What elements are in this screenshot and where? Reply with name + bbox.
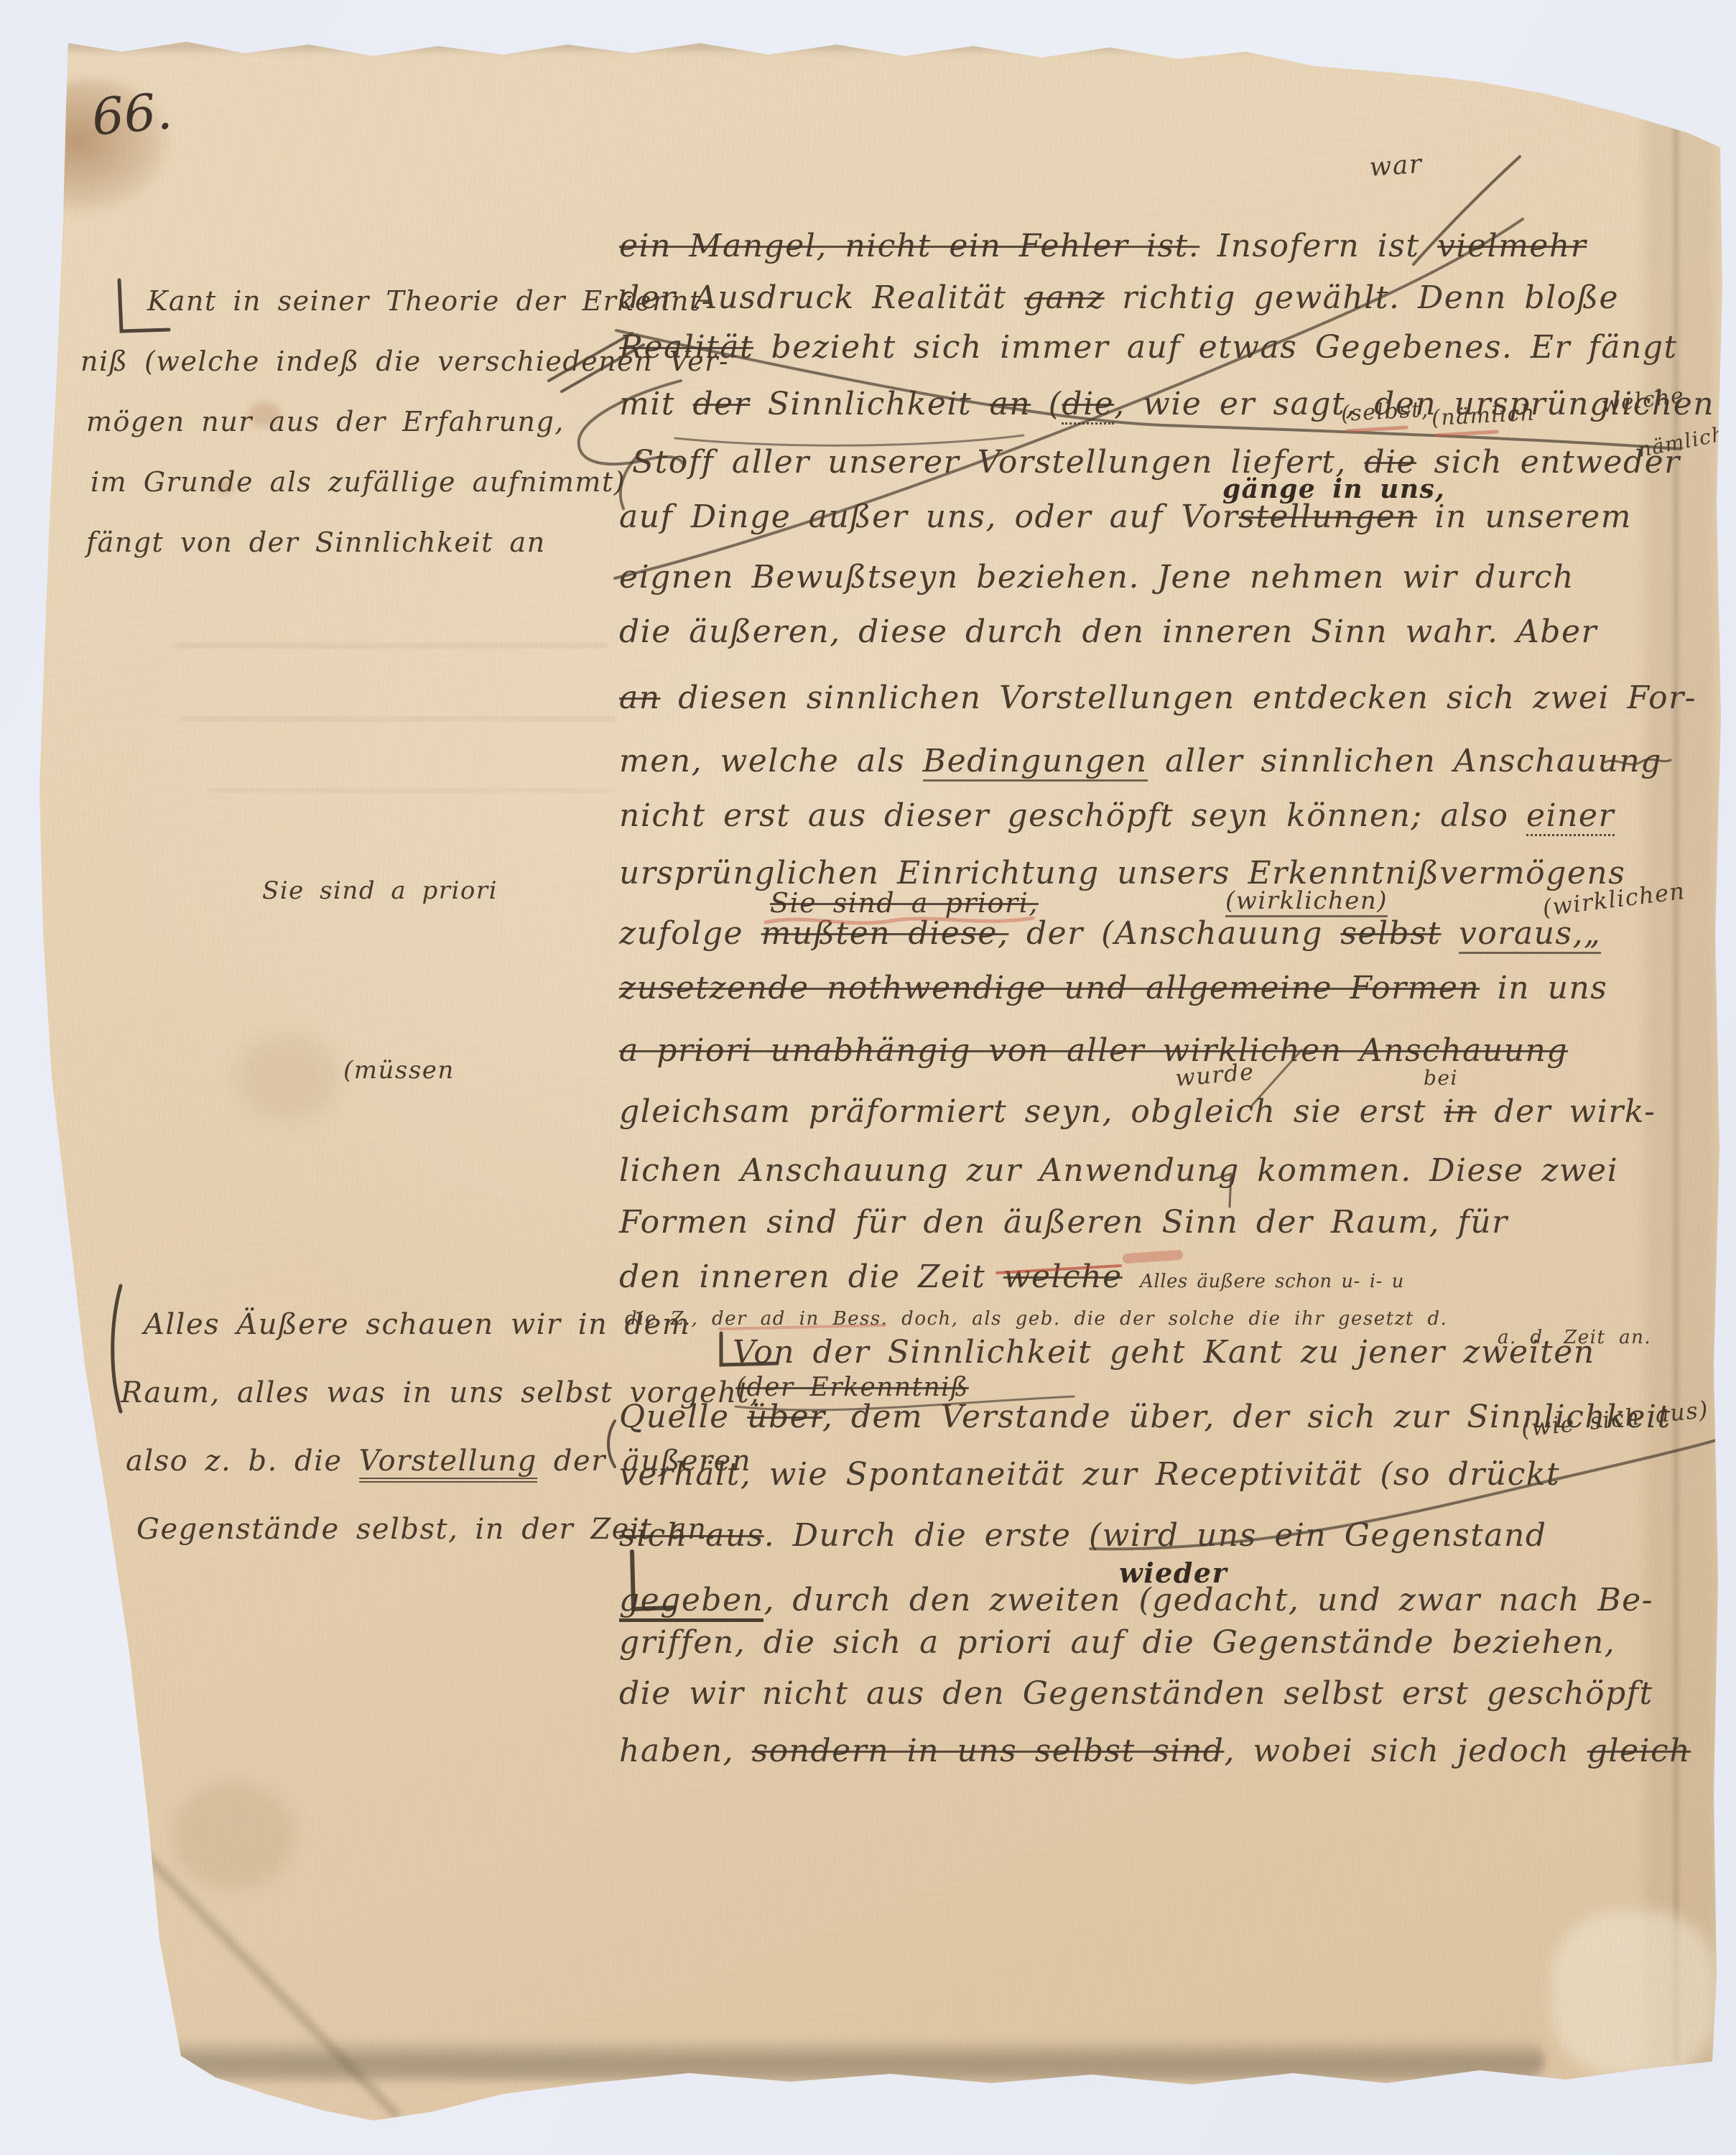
manuscript-line: Formen sind für den äußeren Sinn der Rau… (619, 1205, 1508, 1240)
manuscript-line: zufolge mußten diese, der (Anschauung se… (619, 917, 1601, 951)
crossout-x-stroke-down (616, 330, 1681, 449)
ghost-bleedthrough-1 (180, 644, 603, 648)
insertion-slash-wurde (1251, 1050, 1301, 1106)
manuscript-line: auf Dinge außer uns, oder auf Vorstellun… (619, 500, 1632, 534)
red-underline-naemlich (1436, 432, 1497, 435)
text-segment: nicht ein Fehler ist. (827, 228, 1199, 264)
text-segment: auf Dinge außer uns, oder auf Vor (619, 499, 1238, 535)
text-segment: war (1368, 149, 1424, 182)
text-segment: Kant in seiner Theorie der Erkennt- (147, 285, 712, 317)
margin-note-line: fängt von der Sinnlichkeit an (86, 528, 546, 558)
text-segment: , durch den zweiten (gedacht, und zwar n… (763, 1582, 1653, 1618)
text-segment: an (990, 386, 1031, 422)
text-segment: der (692, 386, 750, 422)
text-segment: Vorstellung (359, 1445, 537, 1483)
insertion-war: war (1368, 150, 1424, 182)
text-segment: a priori unabhängig von aller wirklichen… (619, 1032, 1568, 1069)
scanned-manuscript: 66. Kant in seiner Theorie der Erkennt-n… (0, 0, 1736, 2155)
margin-note-line: niß (welche indeß die verschiedenen Ver- (80, 347, 729, 377)
text-segment: nämlich (1636, 422, 1727, 462)
manuscript-line: der Ausdruck Realität ganz richtig gewäh… (619, 281, 1619, 315)
margin-note-line: mögen nur aus der Erfahrung, (86, 407, 565, 437)
text-segment: in (1444, 1093, 1476, 1130)
text-segment: Alles äußere schon u- i- u (1140, 1271, 1404, 1292)
insertion-gaenge: gänge in uns, (1222, 476, 1445, 504)
smudge-bottom-edge (122, 2039, 1544, 2080)
manuscript-line: mit der Sinnlichkeit an (die, wie er sag… (619, 387, 1714, 422)
margin-insertion-wirklichen: (wirklichen (1541, 879, 1687, 921)
text-segment: bezieht sich immer auf etwas Gegebenes. … (753, 329, 1678, 366)
manuscript-line: griffen, die sich a priori auf die Gegen… (619, 1626, 1615, 1660)
manuscript-line: eignen Bewußtseyn beziehen. Jene nehmen … (619, 560, 1574, 595)
red-wavy-under-a-priori (766, 918, 1033, 923)
insertion-wirklichen: (wirklichen) (1225, 888, 1388, 914)
text-segment: die (1062, 386, 1114, 425)
text-segment: , dem Verstande über, der sich zur Sinnl… (822, 1399, 1671, 1435)
text-segment: Insofern ist (1199, 228, 1437, 264)
text-segment: nicht erst aus dieser geschöpft seyn kön… (619, 797, 1526, 834)
manuscript-line: zusetzende nothwendige und allgemeine Fo… (619, 971, 1607, 1006)
double-slash-1 (549, 333, 632, 381)
text-segment: (nämlich (1431, 400, 1536, 431)
text-segment: über (747, 1399, 822, 1435)
text-segment: gleich (1587, 1733, 1691, 1769)
text-segment: Sie sind a priori (262, 876, 498, 905)
text-segment (1123, 1259, 1141, 1295)
stray-paren-left (608, 1421, 615, 1467)
faint-smudge (237, 1034, 338, 1121)
red-strike-welche (997, 1266, 1120, 1273)
text-segment: der (Anschauung (1008, 915, 1340, 952)
text-segment: Von der Sinnlichkeit geht Kant zu jener … (733, 1334, 1595, 1371)
flourish-under-erkenntniss (735, 1396, 1074, 1410)
red-underline-tiny-line (720, 1325, 885, 1329)
manuscript-line: Quelle über, dem Verstande über, der sic… (619, 1400, 1671, 1435)
bracket-before-kant (119, 280, 169, 331)
text-segment: im Grunde als zufällige aufnimmt) (90, 466, 626, 498)
text-segment: voraus,„ (1459, 915, 1601, 954)
text-segment: (wirklichen (1541, 877, 1686, 922)
long-connector-flourish (1090, 1435, 1731, 1549)
manuscript-line: den inneren die Zeit welche Alles äußere… (619, 1260, 1404, 1294)
margin-note-line: im Grunde als zufällige aufnimmt) (90, 468, 626, 498)
margin-note-a-priori: Sie sind a priori (262, 878, 498, 904)
text-segment: stellungen (1238, 499, 1417, 535)
discolored-patch (1551, 1911, 1717, 2076)
text-segment: die äußeren, diese durch den inneren Sin… (619, 613, 1597, 650)
margin-note-line: Raum, alles was in uns selbst vorgeht, (121, 1377, 760, 1409)
page-number: 66. (90, 81, 175, 147)
fox-spot (215, 480, 234, 494)
caret-over-sinn (1212, 1174, 1231, 1207)
insertion-bei: bei (1424, 1067, 1458, 1090)
margin-note-line: Kant in seiner Theorie der Erkennt- (147, 287, 712, 317)
margin-note-muessen: (müssen (343, 1057, 455, 1084)
text-segment: den inneren die Zeit (619, 1259, 1003, 1295)
text-segment: Realität (619, 329, 753, 366)
text-segment: verhält, wie Spontaneität zur Receptivit… (619, 1456, 1560, 1493)
manuscript-line: Von der Sinnlichkeit geht Kant zu jener … (733, 1335, 1595, 1370)
margin-insertion-naemlich: nämlich (1636, 423, 1727, 462)
margin-note-line: also z. b. die Vorstellung der äußeren (126, 1445, 751, 1477)
text-segment: (selbst, (1340, 397, 1429, 427)
text-segment: die Z., der ad in Bess. doch, als geb. d… (625, 1308, 1447, 1330)
torn-edge-shadow (65, 40, 1494, 50)
text-segment: Sinnlichkeit (750, 386, 989, 422)
text-segment: diesen sinnlichen Vorstellungen entdecke… (661, 680, 1696, 716)
insertion-der-erkenntniss: (der Erkenntniß (735, 1373, 969, 1402)
text-segment: (wirklichen) (1225, 886, 1388, 917)
text-segment: gegeben (619, 1582, 763, 1622)
text-segment: einer (1526, 797, 1615, 836)
text-segment: mögen nur aus der Erfahrung, (86, 406, 565, 437)
text-segment: Sie sind a priori, (770, 887, 1039, 919)
text-segment: Formen sind für den äußeren Sinn der Rau… (619, 1204, 1508, 1241)
manuscript-line: an diesen sinnlichen Vorstellungen entde… (619, 681, 1696, 715)
crease-right-edge (1674, 93, 1679, 2062)
manuscript-line-small: die Z., der ad in Bess. doch, als geb. d… (625, 1309, 1447, 1330)
margin-note-line: Alles Äußere schauen wir in dem (144, 1309, 690, 1340)
manuscript-line: gleichsam präformiert seyn, obgleich sie… (619, 1095, 1656, 1129)
text-segment: mußten diese, (761, 915, 1009, 952)
manuscript-line: a priori unabhängig von aller wirklichen… (619, 1034, 1568, 1068)
text-segment: , wobei sich jedoch (1224, 1733, 1587, 1769)
manuscript-line: lichen Anschauung zur Anwendung kommen. … (619, 1154, 1618, 1188)
text-segment: welche (1003, 1259, 1123, 1295)
text-segment: lichen Anschauung zur Anwendung kommen. … (619, 1152, 1618, 1189)
manuscript-line: die äußeren, diese durch den inneren Sin… (619, 615, 1597, 649)
text-segment: richtig gewählt. Denn bloße (1105, 279, 1619, 316)
text-segment: a. d. Zeit an. (1498, 1327, 1651, 1348)
text-segment: selbst (1340, 915, 1441, 952)
text-segment: gänge in uns, (1222, 474, 1445, 504)
text-segment: men, welche als (619, 743, 923, 779)
manuscript-line: verhält, wie Spontaneität zur Receptivit… (619, 1457, 1560, 1492)
text-segment: sich aus (619, 1517, 764, 1554)
text-segment: vielmehr (1437, 228, 1587, 264)
text-segment: wurde (1174, 1058, 1255, 1092)
manuscript-line: ein Mangel, nicht ein Fehler ist. Insofe… (619, 229, 1587, 264)
text-segment: ganz (1024, 279, 1105, 316)
text-segment: griffen, die sich a priori auf die Gegen… (619, 1624, 1615, 1661)
fox-spot (248, 402, 281, 427)
double-slash-2 (562, 345, 644, 391)
manuscript-line: nicht erst aus dieser geschöpft seyn kön… (619, 799, 1615, 833)
text-segment: bei (1424, 1066, 1458, 1090)
text-segment: Stoff aller unserer Vorstellungen liefer… (632, 444, 1364, 481)
text-segment: der äußeren (537, 1445, 751, 1478)
text-segment: wieder (1119, 1557, 1227, 1589)
margin-s-flourish (579, 381, 684, 465)
red-underline-selbst (1347, 427, 1406, 431)
manuscript-line: men, welche als Bedingungen aller sinnli… (619, 744, 1662, 779)
text-segment: (müssen (343, 1056, 455, 1085)
squiggle-above-anschauung (1603, 759, 1671, 764)
text-segment: . Durch die erste (wird uns ein Gegensta… (764, 1517, 1547, 1554)
manuscript-line: Stoff aller unserer Vorstellungen liefer… (632, 445, 1681, 480)
bracket-close-zeit-an (632, 1552, 674, 1609)
text-segment: haben, (619, 1733, 752, 1769)
manuscript-line: sich aus. Durch die erste (wird uns ein … (619, 1519, 1546, 1553)
text-segment: in uns (1480, 970, 1607, 1006)
text-segment: in unserem (1417, 499, 1632, 535)
insertion-selbst: (selbst, (1340, 398, 1429, 426)
underline-flourish-sinnlichkeit (675, 435, 1024, 445)
text-segment: ( (1031, 386, 1062, 422)
text-segment: Alles Äußere schauen wir in dem (144, 1308, 690, 1341)
text-segment: gleichsam präformiert seyn, obgleich sie… (619, 1093, 1444, 1130)
insertion-naemlich: (nämlich (1431, 401, 1536, 430)
text-segment: ein Mangel, (619, 228, 827, 264)
text-segment: fängt von der Sinnlichkeit an (86, 527, 546, 558)
insertion-sie-sind-a-priori: Sie sind a priori, (770, 889, 1039, 919)
manuscript-line: die wir nicht aus den Gegenständen selbs… (619, 1677, 1653, 1711)
insertion-wieder: wieder (1119, 1558, 1227, 1589)
bracket-before-alles (113, 1286, 121, 1412)
crease-bottom-left (116, 1825, 401, 2120)
text-segment (1442, 915, 1459, 952)
text-segment: zufolge (619, 915, 761, 952)
paper-sheet: 66. Kant in seiner Theorie der Erkennt-n… (0, 0, 1736, 2155)
text-segment: niß (welche indeß die verschiedenen Ver- (80, 346, 729, 377)
insertion-slash-war (1414, 157, 1520, 264)
text-segment: (wie sich aus) (1520, 1396, 1710, 1442)
bracket-before-von-der (721, 1333, 777, 1365)
text-segment: Bedingungen (923, 743, 1148, 782)
text-segment: die (1364, 444, 1416, 481)
ghost-bleedthrough-3 (215, 789, 607, 793)
faint-smudge (172, 1781, 294, 1889)
margin-note-line: Gegenstände selbst, in der Zeit an. (136, 1514, 718, 1545)
text-segment: also z. b. die (126, 1445, 359, 1478)
crossout-x-stroke-up (615, 219, 1523, 578)
manuscript-line: ursprünglichen Einrichtung unsers Erkenn… (619, 856, 1625, 891)
red-blob-after-welche (1128, 1255, 1178, 1259)
text-segment: eignen Bewußtseyn beziehen. Jene nehmen … (619, 559, 1574, 595)
manuscript-line: haben, sondern in uns selbst sind, wobei… (619, 1734, 1691, 1769)
margin-insertion-welche: welche (1600, 384, 1686, 417)
text-segment: aller sinnlichen Anschauung (1148, 743, 1662, 779)
text-segment: Raum, alles was in uns selbst vorgeht, (121, 1376, 760, 1409)
manuscript-line: Realität bezieht sich immer auf etwas Ge… (619, 330, 1678, 365)
ink-stroke-overlay (0, 0, 1736, 2155)
text-segment: an (619, 680, 661, 716)
stain-top-left (14, 79, 172, 215)
margin-insertion-wie-sich-aus: (wie sich aus) (1520, 1397, 1709, 1442)
text-segment: mit (619, 386, 692, 422)
text-segment: die wir nicht aus den Gegenständen selbs… (619, 1675, 1653, 1712)
paren-before-stoff (621, 453, 641, 509)
text-segment: zusetzende nothwendige und allgemeine Fo… (619, 970, 1480, 1006)
text-segment: der wirk- (1477, 1093, 1656, 1130)
text-segment: , wie er sagt, den ursprünglichen (1114, 386, 1714, 422)
text-segment: (der Erkenntniß (735, 1373, 969, 1402)
ghost-bleedthrough-2 (187, 716, 611, 720)
manuscript-line: gegeben, durch den zweiten (gedacht, und… (619, 1583, 1653, 1618)
worn-band-right (1645, 101, 1717, 2069)
text-segment: sich entweder (1416, 444, 1681, 481)
text-segment: ursprünglichen Einrichtung unsers Erkenn… (619, 855, 1625, 891)
text-segment: Quelle (619, 1399, 747, 1435)
text-segment: der Ausdruck Realität (619, 279, 1024, 316)
text-segment: sondern in uns selbst sind (752, 1733, 1225, 1769)
insertion-zeit-an: a. d. Zeit an. (1498, 1327, 1651, 1348)
text-segment: welche (1600, 383, 1686, 418)
insertion-wurde: wurde (1174, 1060, 1255, 1092)
text-segment: Gegenstände selbst, in der Zeit an. (136, 1513, 718, 1546)
